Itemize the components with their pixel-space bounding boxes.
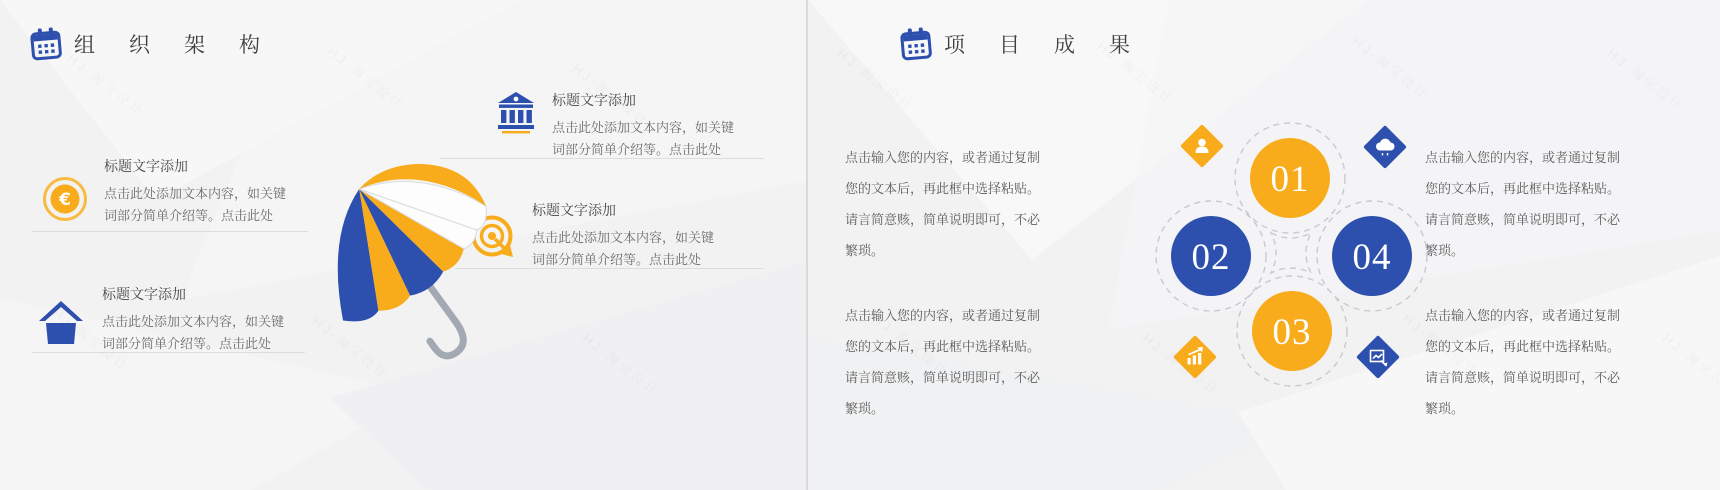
block-body: 点击此处添加文本内容，如关键词部分简单介绍等。点击此处 [104,183,290,227]
paragraph: 点击输入您的内容，或者通过复制您的文本后，再此框中选择粘贴。请言简意赅，简单说明… [845,300,1041,424]
step-03: 03 [1252,291,1332,371]
step-02: 02 [1171,216,1251,296]
text-block-content: 标题文字添加 点击此处添加文本内容，如关键词部分简单介绍等。点击此处 [104,156,290,227]
slide-org-structure: 组织架构 标题文字添加 点击此处添加文本内容，如关键词部分简单介绍等。点击此处 [0,0,806,490]
slide-gap-divider [806,0,808,490]
badge-image-chart [1356,335,1400,379]
block-body: 点击此处添加文本内容，如关键词部分简单介绍等。点击此处 [532,227,718,271]
text-block-bank: 标题文字添加 点击此处添加文本内容，如关键词部分简单介绍等。点击此处 [496,90,738,161]
badge-user [1180,124,1224,168]
text-block-content: 标题文字添加 点击此处添加文本内容，如关键词部分简单介绍等。点击此处 [532,200,718,271]
badge-cloud [1363,125,1407,169]
text-block-content: 标题文字添加 点击此处添加文本内容，如关键词部分简单介绍等。点击此处 [102,284,288,355]
block-title: 标题文字添加 [104,156,290,176]
text-block-euro: € 标题文字添加 点击此处添加文本内容，如关键词部分简单介绍等。点击此处 [42,156,290,227]
block-title: 标题文字添加 [552,90,738,110]
text-block-home: 标题文字添加 点击此处添加文本内容，如关键词部分简单介绍等。点击此处 [36,284,288,355]
step-04: 04 [1332,216,1412,296]
home-icon [36,298,86,346]
calendar-icon [29,26,64,63]
block-body: 点击此处添加文本内容，如关键词部分简单介绍等。点击此处 [552,117,738,161]
step-number: 01 [1271,159,1310,200]
slide-header: 项目成果 [900,27,1164,61]
text-block-content: 标题文字添加 点击此处添加文本内容，如关键词部分简单介绍等。点击此处 [552,90,738,161]
euro-coin-icon: € [42,176,88,222]
step-01: 01 [1250,138,1330,218]
slide-header: 组织架构 [30,27,294,61]
block-body: 点击此处添加文本内容，如关键词部分简单介绍等。点击此处 [102,311,288,355]
slide-project-results: 项目成果 点击输入您的内容，或者通过复制您的文本后，再此框中选择粘贴。请言简意赅… [808,0,1720,490]
block-title: 标题文字添加 [532,200,718,220]
divider-rule [440,158,764,159]
step-number: 02 [1192,237,1231,278]
block-title: 标题文字添加 [102,284,288,304]
step-number: 03 [1273,312,1312,353]
clover-step-diagram: 01 02 03 04 [1120,90,1460,400]
center-dashed-square [1271,233,1311,273]
text-column-left: 点击输入您的内容，或者通过复制您的文本后，再此框中选择粘贴。请言简意赅，简单说明… [845,142,1041,458]
svg-text:€: € [58,190,71,210]
bank-icon [496,90,536,134]
step-number: 04 [1353,237,1392,278]
calendar-icon [899,26,934,63]
badge-growth [1173,335,1217,379]
slide-title: 组织架构 [74,29,294,59]
paragraph: 点击输入您的内容，或者通过复制您的文本后，再此框中选择粘贴。请言简意赅，简单说明… [845,142,1041,266]
divider-rule [32,352,305,353]
slide-title: 项目成果 [944,29,1164,59]
